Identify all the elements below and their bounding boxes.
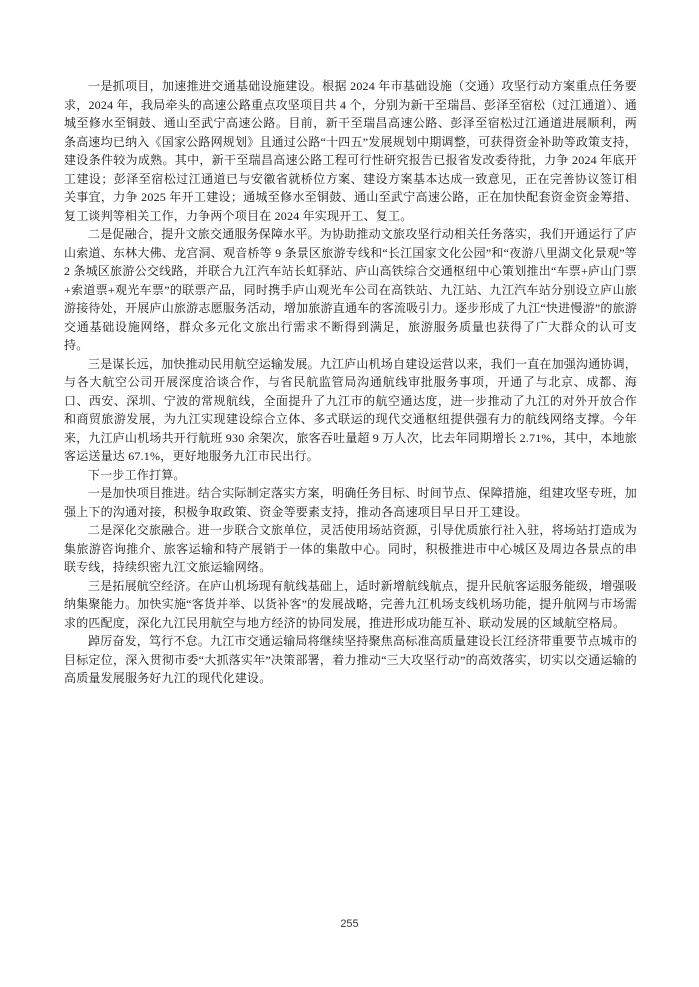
page-number: 255: [0, 918, 699, 930]
body-paragraph: 二是促融合，提升文旅交通服务保障水平。为协助推动文旅攻坚行动相关任务落实，我们开…: [64, 225, 637, 355]
body-paragraph: 三是拓展航空经济。在庐山机场现有航线基础上，适时新增航线航点，提升民航客运服务能…: [64, 577, 637, 633]
body-paragraph: 一是抓项目，加速推进交通基础设施建设。根据 2024 年市基础设施（交通）攻坚行…: [64, 77, 637, 225]
body-paragraph: 踔厉奋发，笃行不怠。九江市交通运输局将继续坚持聚焦高标准高质量建设长江经济带重要…: [64, 632, 637, 688]
body-paragraph: 三是谋长远，加快推动民用航空运输发展。九江庐山机场自建设运营以来，我们一直在加强…: [64, 355, 637, 466]
document-body: 一是抓项目，加速推进交通基础设施建设。根据 2024 年市基础设施（交通）攻坚行…: [64, 77, 637, 688]
body-paragraph: 二是深化交旅融合。进一步联合文旅单位，灵活使用场站资源，引导优质旅行社入驻，将场…: [64, 521, 637, 577]
body-paragraph: 一是加快项目推进。结合实际制定落实方案，明确任务目标、时间节点、保障措施，组建攻…: [64, 484, 637, 521]
body-paragraph: 下一步工作打算。: [64, 466, 637, 485]
document-page: 一是抓项目，加速推进交通基础设施建设。根据 2024 年市基础设施（交通）攻坚行…: [0, 0, 699, 987]
